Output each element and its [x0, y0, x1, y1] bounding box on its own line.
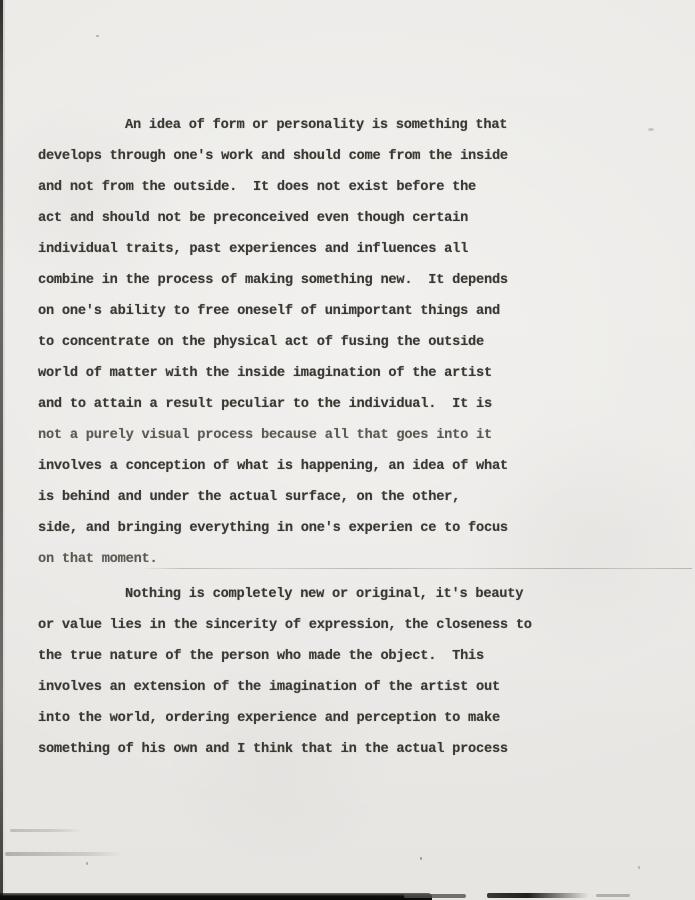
text-line: or value lies in the sincerity of expres… [38, 610, 658, 641]
typed-text: An idea of form or personality is someth… [38, 110, 658, 765]
paper-speck [86, 862, 88, 865]
text-line: involves an extension of the imagination… [38, 672, 658, 703]
paper-speck [638, 866, 640, 869]
paper-speck [420, 857, 422, 860]
text-line: on one's ability to free oneself of unim… [38, 296, 658, 327]
paragraph: Nothing is completely new or original, i… [38, 579, 658, 765]
text-line: combine in the process of making somethi… [38, 265, 658, 296]
text-line: something of his own and I think that in… [38, 734, 658, 765]
page-bottom-edge-segment [487, 893, 589, 898]
page-bottom-edge-segment [404, 894, 466, 898]
paper-crease [140, 568, 692, 569]
text-line: and to attain a result peculiar to the i… [38, 389, 658, 420]
text-line: act and should not be preconceived even … [38, 203, 658, 234]
text-line: side, and bringing everything in one's e… [38, 513, 658, 544]
text-line: world of matter with the inside imaginat… [38, 358, 658, 389]
text-line: into the world, ordering experience and … [38, 703, 658, 734]
page-bottom-edge [0, 893, 432, 900]
paper-smudge [5, 852, 123, 856]
text-line: develops through one's work and should c… [38, 141, 658, 172]
paragraph: An idea of form or personality is someth… [38, 110, 658, 575]
document-page: An idea of form or personality is someth… [0, 0, 695, 900]
text-line: on that moment. [38, 544, 658, 575]
text-line: An idea of form or personality is someth… [38, 110, 658, 141]
text-line: individual traits, past experiences and … [38, 234, 658, 265]
text-line: Nothing is completely new or original, i… [38, 579, 658, 610]
scan-edge-left-highlight [3, 0, 5, 900]
paper-speck [96, 35, 99, 37]
text-line: to concentrate on the physical act of fu… [38, 327, 658, 358]
text-line: and not from the outside. It does not ex… [38, 172, 658, 203]
text-line: not a purely visual process because all … [38, 420, 658, 451]
page-bottom-edge-segment [596, 894, 630, 897]
text-line: the true nature of the person who made t… [38, 641, 658, 672]
paper-speck [648, 128, 654, 131]
text-line: is behind and under the actual surface, … [38, 482, 658, 513]
paper-smudge [10, 829, 82, 832]
text-line: involves a conception of what is happeni… [38, 451, 658, 482]
